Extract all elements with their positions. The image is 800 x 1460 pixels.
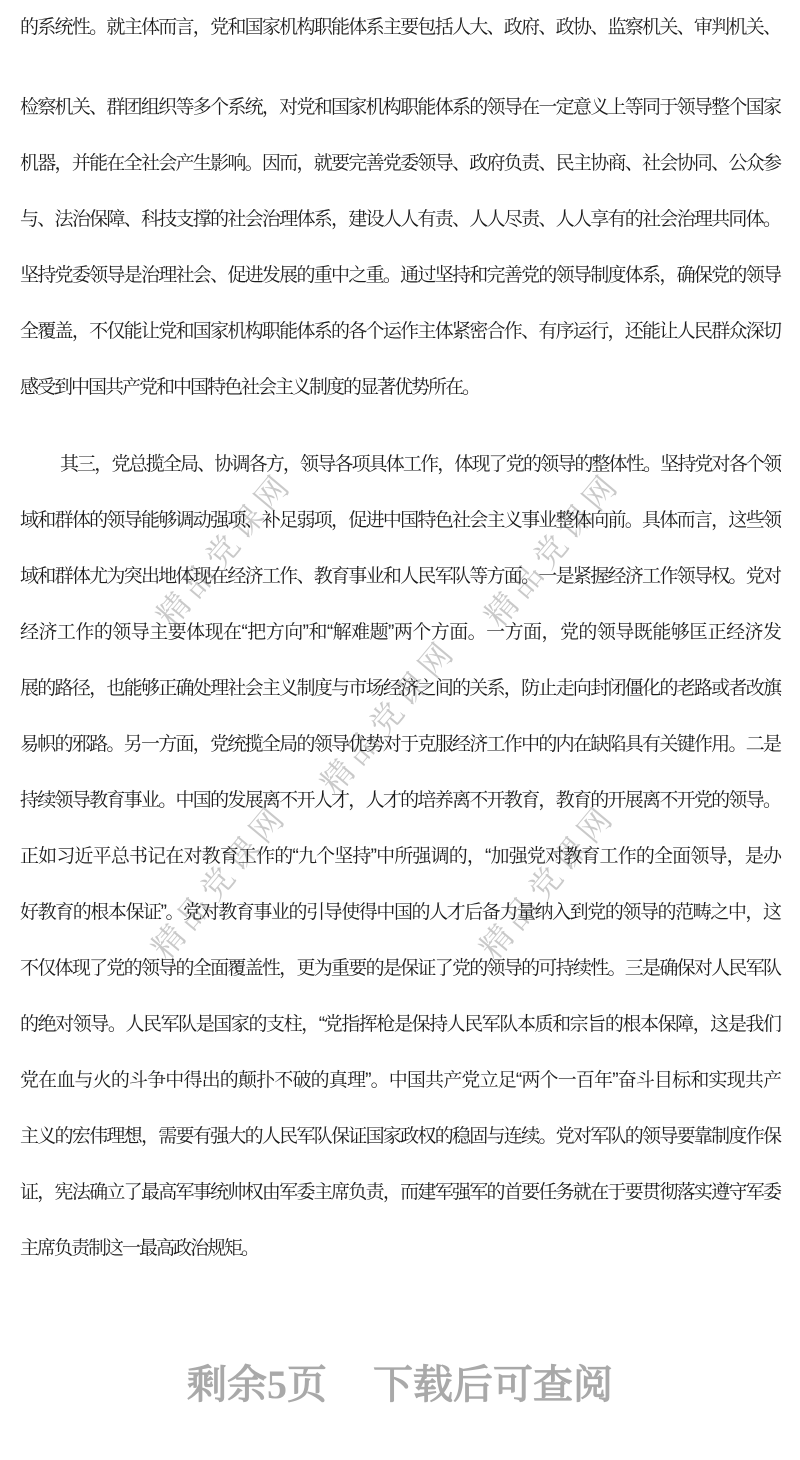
text-line: 检察机关、群团组织等多个系统，对党和国家机构职能体系的领导在一定意义上等同于领导…	[20, 80, 780, 136]
text-line: 展的路径，也能够正确处理社会主义制度与市场经济之间的关系，防止走向封闭僵化的老路…	[20, 661, 780, 717]
text-line: 坚持党委领导是治理社会、促进发展的重中之重。通过坚持和完善党的领导制度体系，确保…	[20, 248, 780, 304]
text-line: 感受到中国共产党和中国特色社会主义制度的显著优势所在。	[20, 360, 780, 416]
text-line: 证，宪法确立了最高军事统帅权由军委主席负责，而建军强军的首要任务就在于要贯彻落实…	[20, 1165, 780, 1221]
paragraph: 其三，党总揽全局、协调各方，领导各项具体工作，体现了党的领导的整体性。坚持党对各…	[20, 437, 780, 1277]
text-line: 其三，党总揽全局、协调各方，领导各项具体工作，体现了党的领导的整体性。坚持党对各…	[20, 437, 780, 493]
text-line: 不仅体现了党的领导的全面覆盖性，更为重要的是保证了党的领导的可持续性。三是确保对…	[20, 941, 780, 997]
text-line: 好教育的根本保证”。党对教育事业的引导使得中国的人才后备力量纳入到党的领导的范畴…	[20, 885, 780, 941]
text-line: 持续领导教育事业。中国的发展离不开人才，人才的培养离不开教育，教育的开展离不开党…	[20, 773, 780, 829]
text-line: 的绝对领导。人民军队是国家的支柱，“党指挥枪是保持人民军队本质和宗旨的根本保障，…	[20, 997, 780, 1053]
text-line: 全覆盖，不仅能让党和国家机构职能体系的各个运作主体紧密合作、有序运行，还能让人民…	[20, 304, 780, 360]
text-line: 党在血与火的斗争中得出的颠扑不破的真理”。中国共产党立足“两个一百年”奋斗目标和…	[20, 1053, 780, 1109]
text-line: 与、法治保障、科技支撑的社会治理体系，建设人人有责、人人尽责、人人享有的社会治理…	[20, 192, 780, 248]
document-preview-page: { "page": { "background": "#ffffff", "te…	[0, 0, 800, 1460]
paragraph: 的系统性。就主体而言，党和国家机构职能体系主要包括人大、政府、政协、监察机关、审…	[20, 0, 780, 416]
text-line: 易帜的邪路。另一方面，党统揽全局的领导优势对于克服经济工作中的内在缺陷具有关键作…	[20, 717, 780, 773]
text-line: 域和群体的领导能够调动强项、补足弱项，促进中国特色社会主义事业整体向前。具体而言…	[20, 493, 780, 549]
remaining-pages-label: 剩余5页	[187, 1355, 327, 1415]
text-line: 机器，并能在全社会产生影响。因而，就要完善党委领导、政府负责、民主协商、社会协同…	[20, 136, 780, 192]
document-body: 的系统性。就主体而言，党和国家机构职能体系主要包括人大、政府、政协、监察机关、审…	[0, 0, 800, 1415]
text-line: 正如习近平总书记在对教育工作的“九个坚持”中所强调的，“加强党对教育工作的全面领…	[20, 829, 780, 885]
text-line: 经济工作的领导主要体现在“把方向”和“解难题”两个方面。一方面，党的领导既能够匡…	[20, 605, 780, 661]
text-line: 主义的宏伟理想，需要有强大的人民军队保证国家政权的稳固与连续。党对军队的领导要靠…	[20, 1109, 780, 1165]
text-line: 的系统性。就主体而言，党和国家机构职能体系主要包括人大、政府、政协、监察机关、审…	[20, 0, 780, 56]
download-hint: 下载后可查阅	[373, 1355, 613, 1415]
pages-remaining-notice: 剩余5页 下载后可查阅	[20, 1355, 780, 1415]
text-line: 域和群体尤为突出地体现在经济工作、教育事业和人民军队等方面。一是紧握经济工作领导…	[20, 549, 780, 605]
text-line: 主席负责制这一最高政治规矩。	[20, 1221, 780, 1277]
